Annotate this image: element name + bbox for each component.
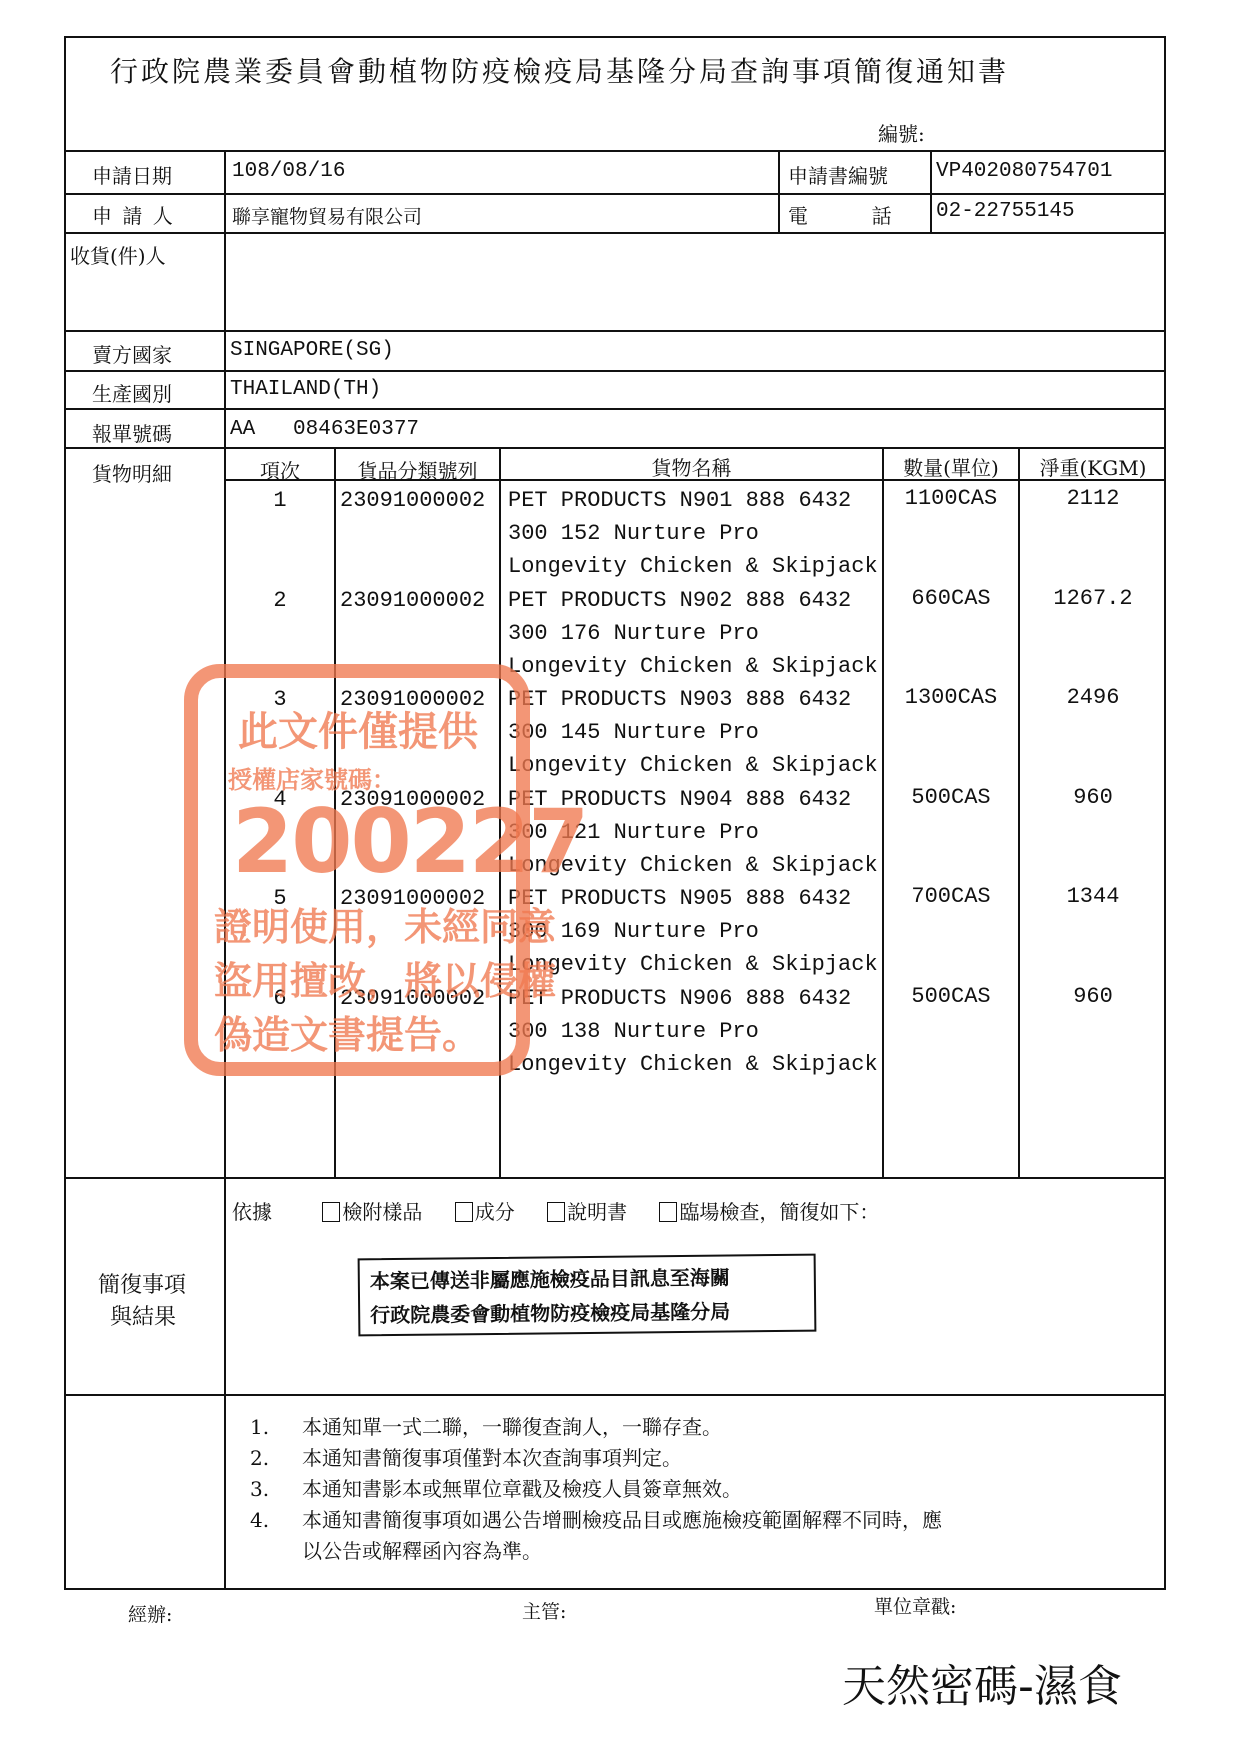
reply-section-label-line2: 與結果: [110, 1300, 176, 1331]
watermark-line-3: 證明使用，未經同意: [214, 896, 556, 951]
reply-section-label-line1: 簡復事項: [98, 1268, 186, 1299]
footer-brand-text: 天然密碼-濕食: [842, 1650, 1122, 1714]
phone-value: 02-22755145: [936, 200, 1075, 223]
supervisor-signature-label: 主管:: [522, 1597, 566, 1624]
goods-section-label: 貨物明細: [92, 458, 172, 487]
application-no-label: 申請書編號: [788, 160, 888, 189]
goods-name-line: Longevity Chicken & Skipjack: [508, 1052, 878, 1077]
consignee-label: 收貨(件)人: [70, 240, 166, 269]
column-header-code: 貨品分類號列: [336, 455, 499, 484]
goods-name-line: PET PRODUCTS N902 888 6432: [508, 588, 851, 613]
divider: [64, 370, 1166, 372]
origin-country-value: THAILAND(TH): [230, 378, 381, 401]
checkbox[interactable]: [659, 1202, 677, 1222]
goods-item-no: 1: [226, 488, 334, 513]
goods-name-line: 300 176 Nurture Pro: [508, 621, 759, 646]
goods-name-line: 300 138 Nurture Pro: [508, 1019, 759, 1044]
divider: [64, 408, 1166, 410]
option-ingredients[interactable]: 成分: [455, 1200, 515, 1224]
phone-label: 電 話: [788, 200, 892, 229]
seller-country-value: SINGAPORE(SG): [230, 339, 394, 362]
column-header-name: 貨物名稱: [501, 452, 882, 481]
note-2: 2.本通知書簡復事項僅對本次查詢事項判定。: [250, 1442, 682, 1471]
seller-country-label: 賣方國家: [92, 339, 172, 368]
note-3: 3.本通知書影本或無單位章戳及檢疫人員簽章無效。: [250, 1473, 742, 1502]
declaration-no-label: 報單號碼: [92, 418, 172, 447]
goods-quantity: 660CAS: [884, 586, 1018, 611]
handler-signature-label: 經辦:: [128, 1600, 172, 1627]
serial-number-label: 編號:: [878, 118, 925, 147]
divider: [1018, 447, 1020, 1177]
goods-name-line: Longevity Chicken & Skipjack: [508, 554, 878, 579]
checkbox[interactable]: [322, 1202, 340, 1222]
basis-label: 依據: [232, 1200, 272, 1224]
divider: [64, 193, 1166, 195]
divider: [64, 232, 1166, 234]
goods-net-weight: 2112: [1020, 486, 1166, 511]
watermark-number: 200227: [232, 790, 587, 893]
goods-quantity: 500CAS: [884, 785, 1018, 810]
divider: [930, 150, 932, 234]
option-manual[interactable]: 說明書: [547, 1200, 627, 1224]
goods-hs-code: 23091000002: [340, 488, 485, 513]
goods-name-line: Longevity Chicken & Skipjack: [508, 654, 878, 679]
option-sample[interactable]: 檢附樣品: [322, 1200, 422, 1224]
unit-seal-label: 單位章戳:: [874, 1592, 956, 1619]
stamp-line-1: 本案已傳送非屬應施檢疫品目訊息至海關: [370, 1260, 804, 1299]
goods-hs-code: 23091000002: [340, 588, 485, 613]
origin-country-label: 生產國別: [92, 378, 172, 407]
goods-quantity: 500CAS: [884, 984, 1018, 1009]
applicant-label: 申 請 人: [92, 200, 175, 229]
goods-net-weight: 960: [1020, 984, 1166, 1009]
divider: [778, 150, 780, 234]
goods-name-line: 300 145 Nurture Pro: [508, 720, 759, 745]
application-no-value: VP402080754701: [936, 160, 1112, 183]
applicant-value: 聯享寵物貿易有限公司: [232, 202, 422, 229]
goods-net-weight: 960: [1020, 785, 1166, 810]
divider: [64, 447, 1166, 449]
divider: [882, 447, 884, 1177]
note-4-continued: 以公告或解釋函內容為準。: [250, 1535, 542, 1564]
divider: [64, 1394, 1166, 1396]
document-title: 行政院農業委員會動植物防疫檢疫局基隆分局查詢事項簡復通知書: [110, 50, 1009, 90]
goods-net-weight: 1267.2: [1020, 586, 1166, 611]
note-4: 4.本通知書簡復事項如遇公告增刪檢疫品目或應施檢疫範圍解釋不同時，應: [250, 1504, 942, 1533]
column-header-quantity: 數量(單位): [884, 452, 1018, 481]
goods-name-line: Longevity Chicken & Skipjack: [508, 753, 878, 778]
result-stamp: 本案已傳送非屬應施檢疫品目訊息至海關 行政院農委會動植物防疫檢疫局基隆分局: [358, 1254, 817, 1337]
goods-quantity: 700CAS: [884, 884, 1018, 909]
divider: [64, 1177, 1166, 1179]
stamp-line-2: 行政院農委會動植物防疫檢疫局基隆分局: [370, 1294, 804, 1333]
goods-name-line: 300 152 Nurture Pro: [508, 521, 759, 546]
checkbox[interactable]: [547, 1202, 565, 1222]
goods-net-weight: 2496: [1020, 685, 1166, 710]
note-1: 1.本通知單一式二聯，一聯復查詢人，一聯存查。: [250, 1411, 722, 1440]
divider: [64, 150, 1166, 152]
column-header-item: 項次: [226, 455, 334, 484]
apply-date-value: 108/08/16: [232, 160, 345, 183]
goods-name-line: Longevity Chicken & Skipjack: [508, 952, 878, 977]
watermark-line-5: 偽造文書提告。: [214, 1004, 480, 1059]
column-header-weight: 淨重(KGM): [1020, 452, 1166, 481]
watermark-line-4: 盜用擅改，將以侵權: [214, 950, 556, 1005]
goods-quantity: 1100CAS: [884, 486, 1018, 511]
basis-row: 依據 檢附樣品 成分 說明書 臨場檢查，簡復如下：: [232, 1196, 905, 1225]
checkbox[interactable]: [455, 1202, 473, 1222]
goods-quantity: 1300CAS: [884, 685, 1018, 710]
goods-net-weight: 1344: [1020, 884, 1166, 909]
goods-item-no: 2: [226, 588, 334, 613]
divider: [64, 330, 1166, 332]
option-onsite-inspection[interactable]: 臨場檢查，簡復如下：: [659, 1200, 879, 1224]
apply-date-label: 申請日期: [92, 160, 172, 189]
goods-name-line: PET PRODUCTS N901 888 6432: [508, 488, 851, 513]
watermark-line-1: 此文件僅提供: [238, 700, 478, 757]
declaration-no-value: AA 08463E0377: [230, 418, 419, 441]
goods-name-line: PET PRODUCTS N906 888 6432: [508, 986, 851, 1011]
goods-name-line: PET PRODUCTS N903 888 6432: [508, 687, 851, 712]
